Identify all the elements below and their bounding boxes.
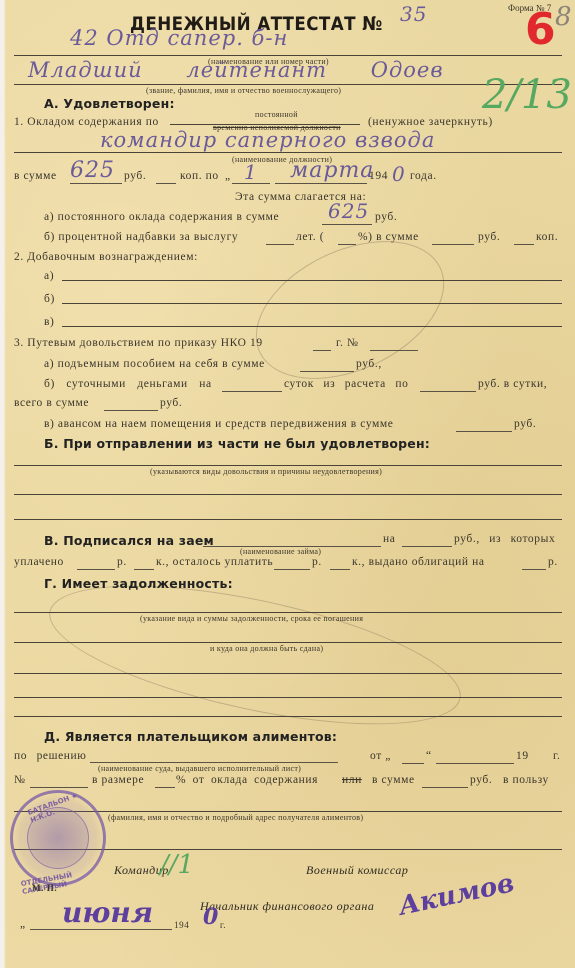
section-b-line-2 — [14, 494, 562, 495]
size-label: в размере — [92, 774, 144, 786]
sub-b-rub: руб. — [478, 231, 500, 243]
d-sum-blank — [422, 787, 468, 788]
paid-r-blank — [77, 569, 115, 570]
section-g-line-5 — [14, 716, 562, 717]
year-prefix: 194 — [369, 170, 388, 182]
sub-b-kop: коп. — [536, 231, 558, 243]
section-g-caption-1: (указание вида и суммы задолженности, ср… — [140, 614, 363, 623]
loan-amount-blank — [402, 546, 452, 547]
date-blank — [30, 929, 172, 930]
remain-k-blank — [330, 569, 350, 570]
date-month: июня — [62, 896, 153, 929]
by-decision: по решению — [14, 750, 87, 762]
unit-line — [14, 55, 562, 56]
item2-line-b — [62, 303, 562, 304]
section-d-heading: Д. Является плательщиком алиментов: — [44, 729, 337, 744]
date-year-value: 0 — [203, 904, 218, 930]
section-g-caption-2: и куда она должна быть сдана) — [210, 644, 323, 653]
item3-total-blank — [104, 410, 158, 411]
day-value: 1 — [244, 160, 258, 184]
item3-sub-b-mid: суток из расчета по — [284, 378, 408, 390]
from-month-blank — [436, 763, 514, 764]
section-g-line-3 — [14, 673, 562, 674]
item3-g: г. № — [336, 337, 359, 349]
item2-row-c: в) — [44, 316, 54, 328]
position-line — [14, 152, 562, 153]
no-blank — [30, 787, 88, 788]
attestat-document: Форма № 7 ДЕНЕЖНЫЙ АТТЕСТАТ № 35 6 8 42 … — [0, 0, 575, 968]
sum-value: 625 — [70, 158, 115, 183]
item3-rate-blank — [420, 391, 476, 392]
item3-sub-a: а) подъемным пособием на себя в сумме — [44, 358, 265, 370]
kop-label: коп. по — [180, 170, 219, 182]
item3-sub-a-blank — [300, 371, 354, 372]
from-label: от „ — [370, 750, 391, 762]
commissar-label: Военный комиссар — [306, 863, 408, 878]
from-day-blank — [402, 763, 424, 764]
court-blank — [90, 762, 338, 763]
no-label: № — [14, 774, 26, 786]
sum-label: в сумме — [14, 170, 57, 182]
remain-r: р. — [312, 556, 322, 568]
year-suffix: года. — [410, 170, 437, 182]
pct-label: % от оклада содержания — [176, 774, 318, 786]
section-v-heading: В. Подписался на заем — [44, 533, 214, 548]
d-sum-label: в сумме — [372, 774, 415, 786]
size-blank — [155, 787, 175, 788]
item3-sub-a-rub: руб., — [356, 358, 382, 370]
loan-rub: руб., из которых — [454, 533, 555, 545]
sub-a-value: 625 — [328, 199, 369, 223]
item3-sub-c-rub: руб. — [514, 418, 536, 430]
item3-sub-c: в) авансом на наем помещения и средств п… — [44, 418, 394, 430]
item1-prefix: 1. Окладом содержания по — [14, 116, 159, 128]
item3-year-blank — [313, 350, 331, 351]
sub-b-years: лет. ( — [296, 231, 324, 243]
pct-blank — [338, 244, 356, 245]
court-caption: (наименование суда, выдавшего исполнител… — [98, 764, 301, 773]
item2-row-b: б) — [44, 293, 55, 305]
year-19: 19 — [516, 750, 529, 762]
loan-caption: (наименование займа) — [240, 547, 321, 556]
section-g-line-2 — [14, 642, 562, 643]
kop-blank — [156, 183, 176, 184]
paid-label: уплачено — [14, 556, 64, 568]
sub-a-label: а) постоянного оклада содержания в сумме — [44, 211, 279, 223]
green-mark: 2/13 — [482, 72, 572, 118]
remain-r-blank — [274, 569, 310, 570]
date-year-prefix: 194 — [174, 920, 189, 930]
item3-total-rub: руб. — [160, 397, 182, 409]
section-g-line-4 — [14, 697, 562, 698]
favor-label: в пользу — [503, 774, 549, 786]
item3-sub-c-blank — [456, 431, 512, 432]
section-a-heading: А. Удовлетворен: — [44, 96, 175, 111]
commander-signature: ∕∕1 — [160, 850, 194, 880]
or-label: или — [342, 774, 362, 786]
option-permanent: постоянной — [255, 110, 298, 119]
section-b-line-3 — [14, 519, 562, 520]
item3-total: всего в сумме — [14, 397, 89, 409]
g-label: г. — [553, 750, 561, 762]
item3-sub-b-end: руб. в сутки, — [478, 378, 547, 390]
sub-a-blank — [322, 224, 372, 225]
section-b-caption: (указываются виды довольствия и причины … — [150, 467, 382, 476]
red-mark: 6 — [525, 4, 556, 55]
item2-line-a — [62, 280, 562, 281]
person-value: Младший лейтенант Одоев — [28, 58, 444, 82]
item3-sub-b: б) суточными деньгами на — [44, 378, 212, 390]
month-blank — [275, 183, 367, 184]
recipient-caption: (фамилия, имя и отчество и подробный адр… — [108, 813, 363, 822]
loan-na: на — [383, 533, 395, 545]
years-blank — [266, 244, 294, 245]
official-stamp: БАТАЛЬОН ★ Н.К.О. ОТДЕЛЬНЫЙ САПЕРНЫЙ — [10, 790, 106, 886]
paid-r: р. — [117, 556, 127, 568]
person-caption: (звание, фамилия, имя и отчество военнос… — [146, 86, 341, 95]
sub-b-kop-blank — [514, 244, 534, 245]
unit-value: 42 Отд сапер. б-н — [70, 26, 288, 50]
strike-note: (ненужное зачеркнуть) — [368, 116, 493, 128]
paper-edge — [0, 0, 6, 968]
item3-no-blank — [370, 350, 418, 351]
item2-label: 2. Добавочным вознаграждением: — [14, 251, 198, 263]
section-b-heading: Б. При отправлении из части не был удовл… — [44, 436, 430, 451]
pencil-mark: 8 — [555, 2, 573, 32]
bonds-blank — [522, 569, 546, 570]
day-blank — [232, 183, 270, 184]
finance-chief-label: Начальник финансового органа — [200, 899, 374, 914]
remain-k: к., выдано облигаций на — [352, 556, 485, 568]
date-quote: „ — [20, 918, 26, 930]
bonds-r: р. — [548, 556, 558, 568]
month-value: марта — [290, 158, 374, 183]
finance-signature: Акимов — [396, 868, 516, 922]
section-g-line-1 — [14, 612, 562, 613]
position-value: командир саперного взвода — [100, 128, 435, 152]
section-g-heading: Г. Имеет задолженность: — [44, 576, 233, 591]
sum-blank — [70, 183, 122, 184]
date-year-suffix: г. — [220, 920, 226, 930]
paid-k: к., осталось уплатить — [156, 556, 273, 568]
section-b-line-1 — [14, 465, 562, 466]
item2-row-a: а) — [44, 270, 54, 282]
d-rub-label: руб. — [470, 774, 492, 786]
item2-line-c — [62, 326, 562, 327]
rub-label: руб. — [124, 170, 146, 182]
mp-label: М. П. — [32, 883, 57, 893]
item3-label: 3. Путевым довольствием по приказу НКО 1… — [14, 337, 263, 349]
quote-close: “ — [426, 750, 432, 762]
sub-b-label: б) процентной надбавки за выслугу — [44, 231, 238, 243]
person-line — [14, 84, 562, 85]
year-value: 0 — [392, 162, 406, 186]
attestat-number: 35 — [400, 2, 427, 26]
sub-b-pct: %) в сумме — [358, 231, 419, 243]
quote-open: „ — [225, 170, 231, 182]
paid-k-blank — [134, 569, 154, 570]
item3-days-blank — [222, 391, 282, 392]
sub-b-sum-blank — [432, 244, 474, 245]
sub-a-suffix: руб. — [375, 211, 397, 223]
